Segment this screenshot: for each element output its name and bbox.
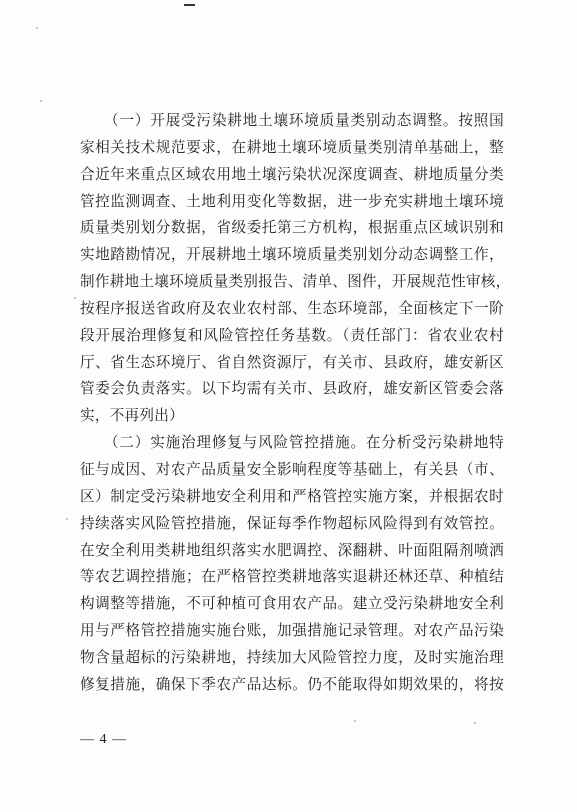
text-line: 实地踏勘情况，开展耕地土壤环境质量类别划分动态调整工作， bbox=[80, 242, 504, 269]
scan-speck bbox=[474, 722, 476, 724]
text-line: 物含量超标的污染耕地，持续加大风险管控力度，及时实施治理 bbox=[80, 645, 504, 672]
text-line: 实，不再列出） bbox=[80, 403, 504, 430]
text-line: 制作耕地土壤环境质量类别报告、清单、图件，开展规范性审核， bbox=[80, 269, 504, 296]
text-line: 区）制定受污染耕地安全利用和严格管控实施方案，并根据农时 bbox=[80, 484, 504, 511]
text-line: 家相关技术规范要求，在耕地土壤环境质量类别清单基础上，整 bbox=[80, 135, 504, 162]
text-line: 等农艺调控措施；在严格管控类耕地落实退耕还林还草、种植结 bbox=[80, 564, 504, 591]
scan-speck bbox=[354, 720, 356, 722]
text-line: 质量类别划分数据，省级委托第三方机构，根据重点区域识别和 bbox=[80, 215, 504, 242]
text-line: 征与成因、对农产品质量安全影响程度等基础上，有关县（市、 bbox=[80, 457, 504, 484]
text-line: 厅、省生态环境厅、省自然资源厅，有关市、县政府，雄安新区 bbox=[80, 350, 504, 377]
page-number: — 4 — bbox=[80, 732, 127, 748]
text-line: 管委会负责落实。以下均需有关市、县政府，雄安新区管委会落 bbox=[80, 376, 504, 403]
scan-mark bbox=[184, 4, 195, 6]
text-line: 按程序报送省政府及农业农村部、生态环境部，全面核定下一阶 bbox=[80, 296, 504, 323]
text-line: 合近年来重点区域农用地土壤污染状况深度调查、耕地质量分类 bbox=[80, 162, 504, 189]
paragraph-section-1: （一）开展受污染耕地土壤环境质量类别动态调整。按照国 家相关技术规范要求，在耕地… bbox=[80, 108, 504, 430]
paragraph-section-2: （二）实施治理修复与风险管控措施。在分析受污染耕地特 征与成因、对农产品质量安全… bbox=[80, 430, 504, 698]
text-line: 修复措施，确保下季农产品达标。仍不能取得如期效果的，将按 bbox=[80, 672, 504, 699]
document-page: （一）开展受污染耕地土壤环境质量类别动态调整。按照国 家相关技术规范要求，在耕地… bbox=[0, 0, 577, 812]
scan-speck bbox=[66, 518, 68, 520]
scan-speck bbox=[74, 297, 76, 299]
text-line: 管控监测调查、土地利用变化等数据，进一步充实耕地土壤环境 bbox=[80, 189, 504, 216]
body-text: （一）开展受污染耕地土壤环境质量类别动态调整。按照国 家相关技术规范要求，在耕地… bbox=[80, 108, 504, 699]
text-line: 用与严格管控措施实施台账，加强措施记录管理。对农产品污染 bbox=[80, 618, 504, 645]
scan-speck bbox=[40, 100, 42, 102]
text-line: 构调整等措施，不可种植可食用农产品。建立受污染耕地安全利 bbox=[80, 591, 504, 618]
text-line: 在安全利用类耕地组织落实水肥调控、深翻耕、叶面阻隔剂喷洒 bbox=[80, 538, 504, 565]
text-line: 持续落实风险管控措施，保证每季作物超标风险得到有效管控。 bbox=[80, 511, 504, 538]
text-line: 段开展治理修复和风险管控任务基数。（责任部门：省农业农村 bbox=[80, 323, 504, 350]
scan-speck bbox=[36, 27, 38, 29]
text-line: （二）实施治理修复与风险管控措施。在分析受污染耕地特 bbox=[80, 430, 504, 457]
text-line: （一）开展受污染耕地土壤环境质量类别动态调整。按照国 bbox=[80, 108, 504, 135]
